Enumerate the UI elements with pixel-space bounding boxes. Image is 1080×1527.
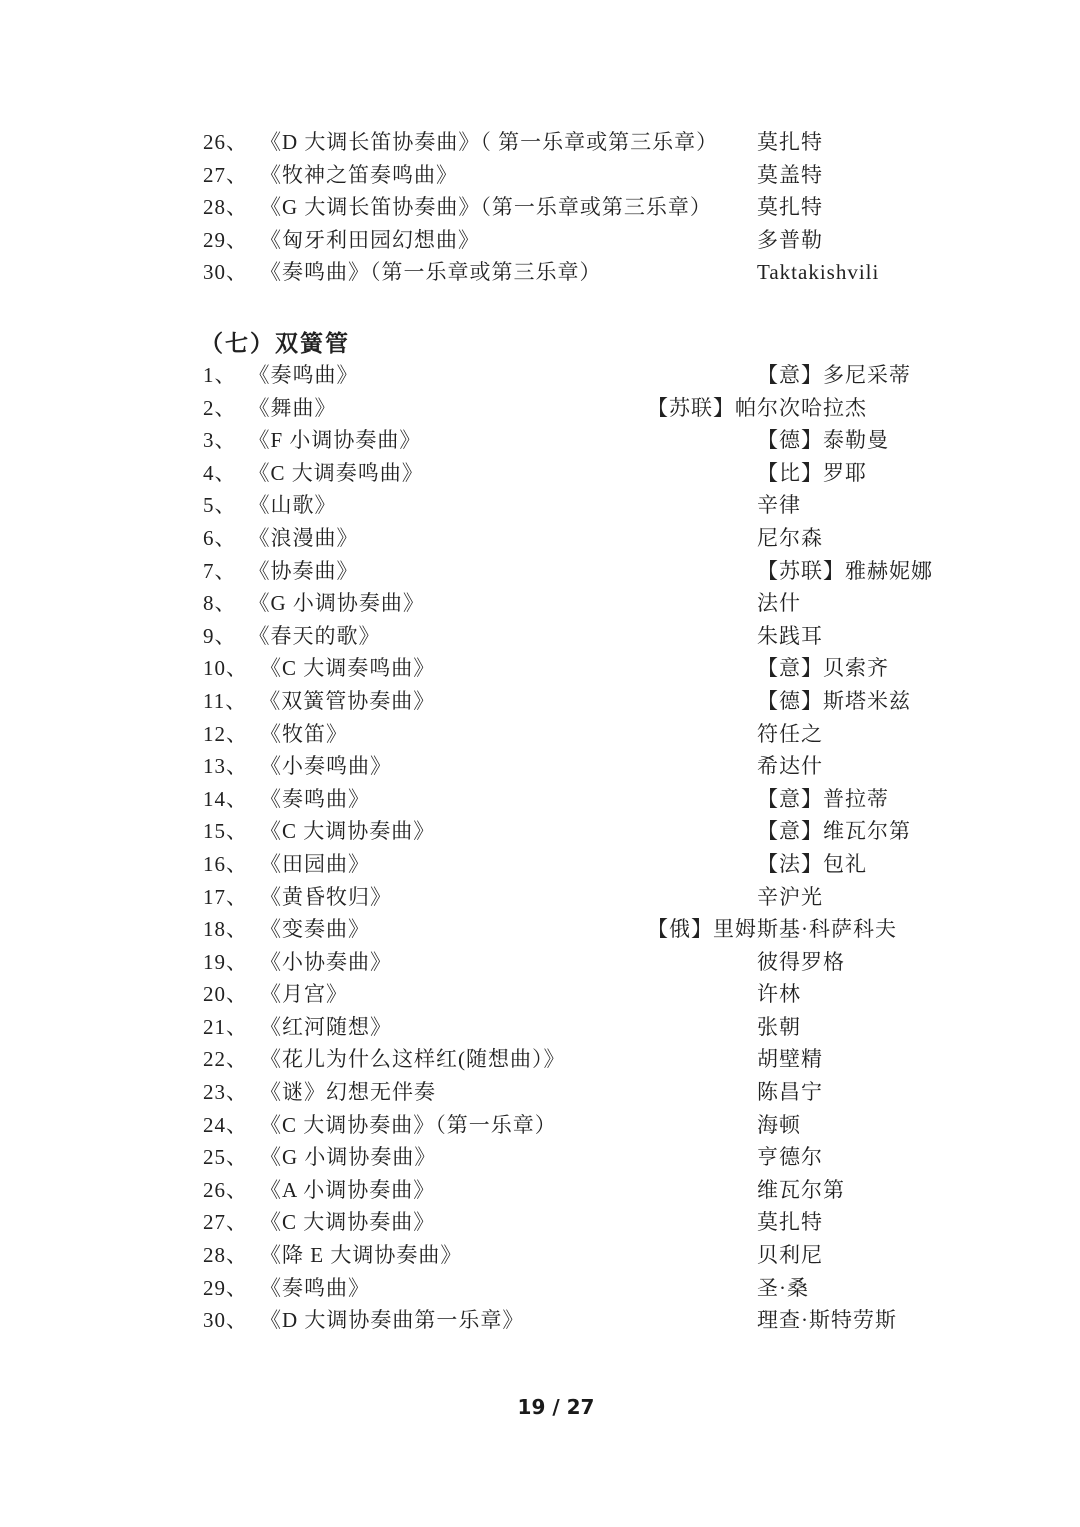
- composer-name: 贝利尼: [757, 1239, 823, 1272]
- list-item: 29、《匈牙利田园幻想曲》多普勒: [203, 224, 943, 257]
- piece-title: 《谜》幻想无伴奏: [260, 1076, 436, 1109]
- piece-number: 30、: [203, 256, 248, 289]
- composer-name: 陈昌宁: [757, 1076, 823, 1109]
- piece-number: 7、: [203, 555, 237, 588]
- piece-title: 《奏鸣曲》: [249, 359, 359, 392]
- list-item: 27、《牧神之笛奏鸣曲》莫盖特: [203, 159, 943, 192]
- piece-title: 《G 小调协奏曲》: [260, 1141, 436, 1174]
- composer-name: 辛律: [757, 489, 801, 522]
- composer-name: 圣·桑: [757, 1272, 809, 1305]
- list-item: 11、《双簧管协奏曲》【德】斯塔米兹: [203, 685, 943, 718]
- list-item: 30、《奏鸣曲》（第一乐章或第三乐章）Taktakishvili: [203, 256, 943, 289]
- piece-number: 25、: [203, 1141, 248, 1174]
- piece-title: 《春天的歌》: [249, 620, 381, 653]
- list-item: 9、《春天的歌》朱践耳: [203, 620, 943, 653]
- piece-title: 《变奏曲》: [260, 913, 370, 946]
- composer-name: 辛沪光: [757, 881, 823, 914]
- composer-name: 许林: [757, 978, 801, 1011]
- piece-number: 13、: [203, 750, 248, 783]
- document-page: 26、《D 大调长笛协奏曲》（ 第一乐章或第三乐章）莫扎特27、《牧神之笛奏鸣曲…: [0, 0, 1080, 1527]
- list-item: 19、《小协奏曲》彼得罗格: [203, 946, 943, 979]
- composer-name: 莫扎特: [757, 191, 823, 224]
- piece-number: 11、: [203, 685, 247, 718]
- piece-number: 1、: [203, 359, 237, 392]
- list-item: 26、《D 大调长笛协奏曲》（ 第一乐章或第三乐章）莫扎特: [203, 126, 943, 159]
- piece-number: 17、: [203, 881, 248, 914]
- flute-list-tail: 26、《D 大调长笛协奏曲》（ 第一乐章或第三乐章）莫扎特27、《牧神之笛奏鸣曲…: [203, 126, 943, 289]
- piece-title: 《奏鸣曲》: [260, 1272, 370, 1305]
- composer-name: 朱践耳: [757, 620, 823, 653]
- piece-number: 18、: [203, 913, 248, 946]
- composer-name: Taktakishvili: [757, 256, 879, 289]
- composer-name: 【意】维瓦尔第: [757, 815, 911, 848]
- composer-name: 张朝: [757, 1011, 801, 1044]
- composer-name: 【意】多尼采蒂: [757, 359, 911, 392]
- list-item: 1、《奏鸣曲》【意】多尼采蒂: [203, 359, 943, 392]
- piece-title: 《小奏鸣曲》: [260, 750, 392, 783]
- piece-title: 《C 大调协奏曲》: [260, 1206, 435, 1239]
- composer-name: 【苏联】帕尔次哈拉杰: [647, 392, 867, 425]
- list-item: 27、《C 大调协奏曲》莫扎特: [203, 1206, 943, 1239]
- piece-title: 《C 大调奏鸣曲》: [260, 652, 435, 685]
- piece-number: 26、: [203, 1174, 248, 1207]
- composer-name: 尼尔森: [757, 522, 823, 555]
- list-item: 28、《G 大调长笛协奏曲》（第一乐章或第三乐章）莫扎特: [203, 191, 943, 224]
- piece-number: 28、: [203, 1239, 248, 1272]
- list-item: 26、《A 小调协奏曲》维瓦尔第: [203, 1174, 943, 1207]
- list-item: 7、《协奏曲》【苏联】雅赫妮娜: [203, 555, 943, 588]
- composer-name: 【比】罗耶: [757, 457, 867, 490]
- piece-number: 16、: [203, 848, 248, 881]
- composer-name: 维瓦尔第: [757, 1174, 845, 1207]
- piece-number: 4、: [203, 457, 237, 490]
- composer-name: 【意】普拉蒂: [757, 783, 889, 816]
- list-item: 8、《G 小调协奏曲》法什: [203, 587, 943, 620]
- piece-number: 6、: [203, 522, 237, 555]
- piece-title: 《C 大调协奏曲》: [260, 815, 435, 848]
- composer-name: 亨德尔: [757, 1141, 823, 1174]
- list-item: 21、《红河随想》张朝: [203, 1011, 943, 1044]
- composer-name: 莫扎特: [757, 1206, 823, 1239]
- piece-number: 10、: [203, 652, 248, 685]
- piece-title: 《降 E 大调协奏曲》: [260, 1239, 462, 1272]
- composer-name: 理查·斯特劳斯: [757, 1304, 897, 1337]
- piece-title: 《双簧管协奏曲》: [259, 685, 435, 718]
- piece-number: 26、: [203, 126, 248, 159]
- composer-name: 【意】贝索齐: [757, 652, 889, 685]
- piece-number: 5、: [203, 489, 237, 522]
- piece-title: 《奏鸣曲》（第一乐章或第三乐章）: [260, 256, 602, 289]
- piece-number: 14、: [203, 783, 248, 816]
- piece-title: 《田园曲》: [260, 848, 370, 881]
- piece-number: 20、: [203, 978, 248, 1011]
- piece-number: 27、: [203, 1206, 248, 1239]
- piece-number: 3、: [203, 424, 237, 457]
- piece-title: 《匈牙利田园幻想曲》: [260, 224, 480, 257]
- list-item: 18、《变奏曲》【俄】里姆斯基·科萨科夫: [203, 913, 943, 946]
- list-item: 4、《C 大调奏鸣曲》【比】罗耶: [203, 457, 943, 490]
- list-item: 2、《舞曲》【苏联】帕尔次哈拉杰: [203, 392, 943, 425]
- list-item: 25、《G 小调协奏曲》亨德尔: [203, 1141, 943, 1174]
- composer-name: 莫扎特: [757, 126, 823, 159]
- list-item: 15、《C 大调协奏曲》【意】维瓦尔第: [203, 815, 943, 848]
- piece-title: 《G 大调长笛协奏曲》（第一乐章或第三乐章）: [260, 191, 712, 224]
- piece-number: 24、: [203, 1109, 248, 1142]
- list-item: 5、《山歌》辛律: [203, 489, 943, 522]
- list-item: 22、《花儿为什么这样红(随想曲）》胡壁精: [203, 1043, 943, 1076]
- section-header-oboe: （七）双簧管: [200, 327, 350, 360]
- composer-name: 莫盖特: [757, 159, 823, 192]
- piece-title: 《D 大调协奏曲第一乐章》: [260, 1304, 524, 1337]
- list-item: 14、《奏鸣曲》【意】普拉蒂: [203, 783, 943, 816]
- composer-name: 【俄】里姆斯基·科萨科夫: [647, 913, 897, 946]
- composer-name: 多普勒: [757, 224, 823, 257]
- piece-title: 《花儿为什么这样红(随想曲）》: [260, 1043, 566, 1076]
- composer-name: 彼得罗格: [757, 946, 845, 979]
- list-item: 3、《F 小调协奏曲》【德】泰勒曼: [203, 424, 943, 457]
- piece-title: 《D 大调长笛协奏曲》（ 第一乐章或第三乐章）: [260, 126, 718, 159]
- piece-number: 15、: [203, 815, 248, 848]
- composer-name: 【德】斯塔米兹: [757, 685, 911, 718]
- composer-name: 法什: [757, 587, 801, 620]
- piece-title: 《C 大调奏鸣曲》: [249, 457, 424, 490]
- piece-number: 22、: [203, 1043, 248, 1076]
- list-item: 13、《小奏鸣曲》希达什: [203, 750, 943, 783]
- composer-name: 希达什: [757, 750, 823, 783]
- list-item: 16、《田园曲》【法】包礼: [203, 848, 943, 881]
- list-item: 10、《C 大调奏鸣曲》【意】贝索齐: [203, 652, 943, 685]
- oboe-list: 1、《奏鸣曲》【意】多尼采蒂2、《舞曲》【苏联】帕尔次哈拉杰3、《F 小调协奏曲…: [203, 359, 943, 1337]
- list-item: 24、《C 大调协奏曲》（第一乐章）海顿: [203, 1109, 943, 1142]
- piece-number: 30、: [203, 1304, 248, 1337]
- piece-title: 《山歌》: [249, 489, 337, 522]
- piece-title: 《小协奏曲》: [260, 946, 392, 979]
- piece-title: 《牧笛》: [260, 718, 348, 751]
- list-item: 30、《D 大调协奏曲第一乐章》理查·斯特劳斯: [203, 1304, 943, 1337]
- piece-title: 《红河随想》: [260, 1011, 392, 1044]
- list-item: 23、《谜》幻想无伴奏陈昌宁: [203, 1076, 943, 1109]
- piece-title: 《舞曲》: [249, 392, 337, 425]
- composer-name: 【德】泰勒曼: [757, 424, 889, 457]
- piece-number: 2、: [203, 392, 237, 425]
- composer-name: 【法】包礼: [757, 848, 867, 881]
- composer-name: 符任之: [757, 718, 823, 751]
- list-item: 20、《月宫》许林: [203, 978, 943, 1011]
- piece-number: 28、: [203, 191, 248, 224]
- list-item: 28、《降 E 大调协奏曲》贝利尼: [203, 1239, 943, 1272]
- composer-name: 海顿: [757, 1109, 801, 1142]
- piece-title: 《A 小调协奏曲》: [260, 1174, 435, 1207]
- piece-number: 23、: [203, 1076, 248, 1109]
- piece-title: 《F 小调协奏曲》: [249, 424, 422, 457]
- composer-name: 胡壁精: [757, 1043, 823, 1076]
- piece-title: 《C 大调协奏曲》（第一乐章）: [260, 1109, 557, 1142]
- piece-number: 29、: [203, 224, 248, 257]
- list-item: 6、《浪漫曲》尼尔森: [203, 522, 943, 555]
- piece-title: 《牧神之笛奏鸣曲》: [260, 159, 458, 192]
- list-item: 17、《黄昏牧归》辛沪光: [203, 881, 943, 914]
- piece-title: 《奏鸣曲》: [260, 783, 370, 816]
- piece-number: 9、: [203, 620, 237, 653]
- piece-title: 《G 小调协奏曲》: [249, 587, 425, 620]
- list-item: 12、《牧笛》符任之: [203, 718, 943, 751]
- page-number: 19 / 27: [203, 1392, 909, 1422]
- list-item: 29、《奏鸣曲》圣·桑: [203, 1272, 943, 1305]
- piece-number: 19、: [203, 946, 248, 979]
- piece-number: 12、: [203, 718, 248, 751]
- piece-number: 27、: [203, 159, 248, 192]
- piece-number: 21、: [203, 1011, 248, 1044]
- piece-number: 29、: [203, 1272, 248, 1305]
- piece-title: 《月宫》: [260, 978, 348, 1011]
- piece-title: 《浪漫曲》: [249, 522, 359, 555]
- composer-name: 【苏联】雅赫妮娜: [757, 555, 933, 588]
- piece-title: 《协奏曲》: [249, 555, 359, 588]
- piece-number: 8、: [203, 587, 237, 620]
- piece-title: 《黄昏牧归》: [260, 881, 392, 914]
